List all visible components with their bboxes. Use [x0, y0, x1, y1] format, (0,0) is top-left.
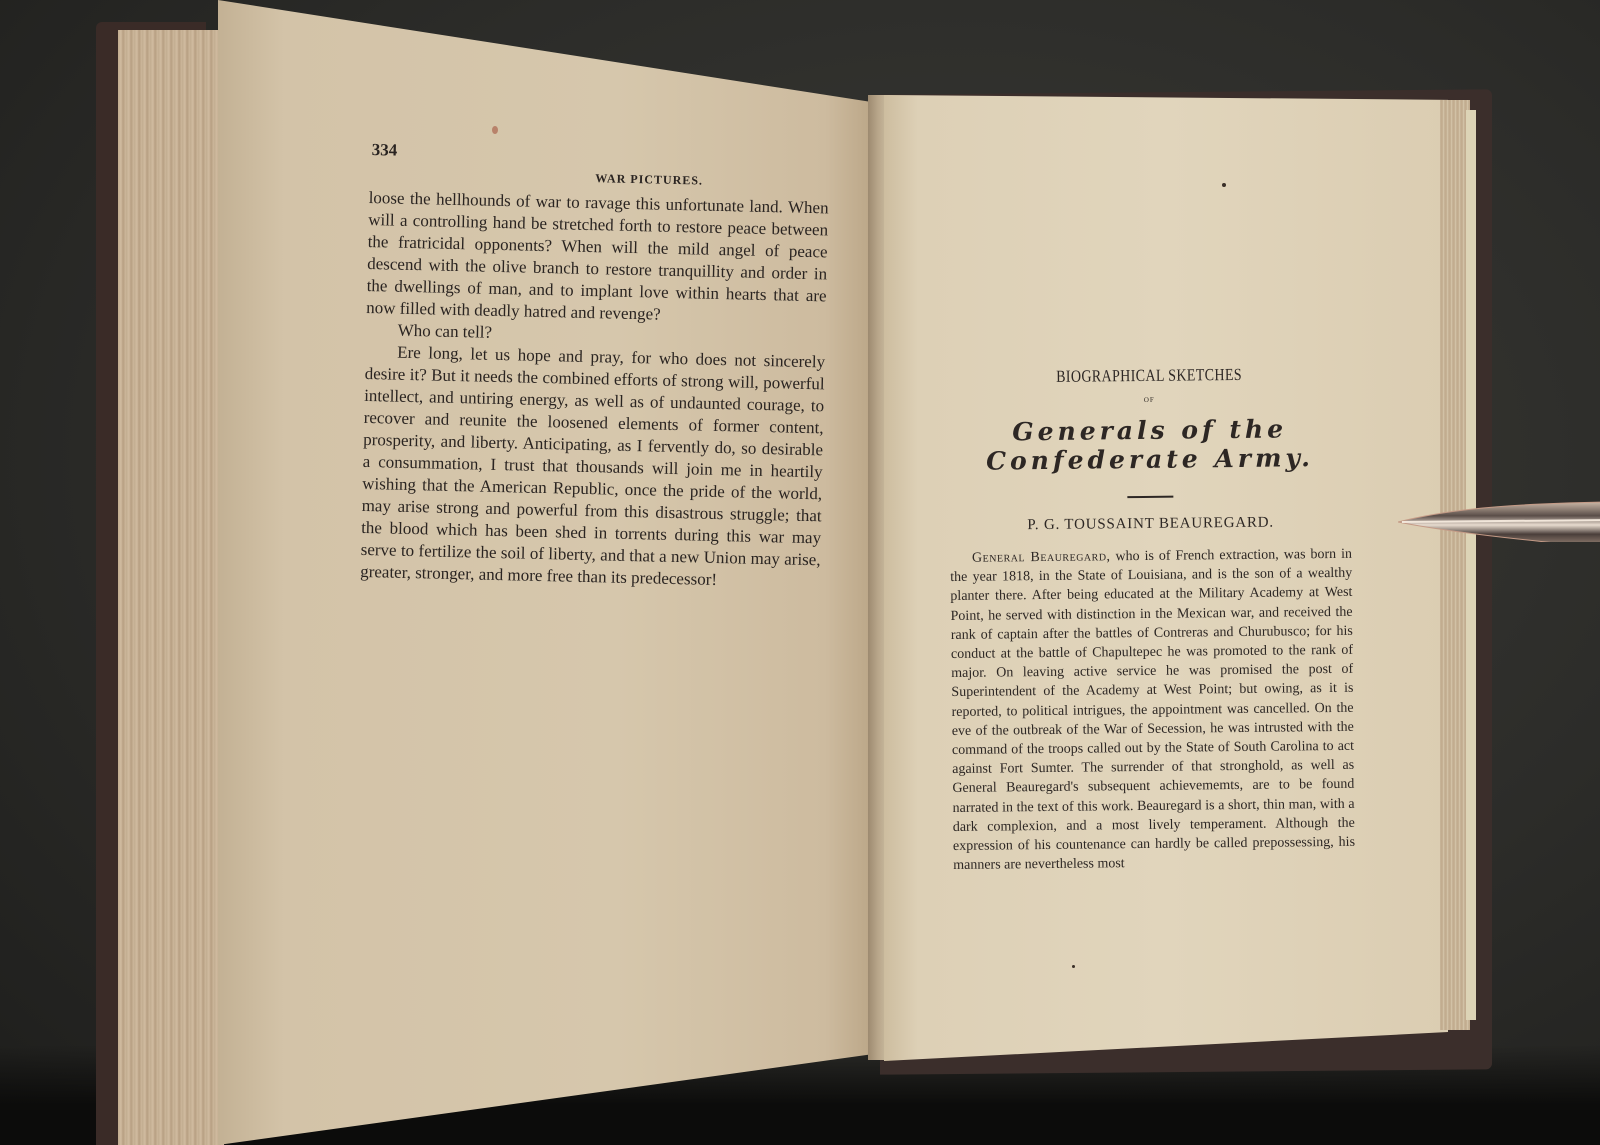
- running-head: WAR PICTURES.: [469, 168, 829, 191]
- biography-body: General Beauregard, who is of French ext…: [950, 545, 1355, 876]
- left-page-block-edges: [118, 30, 224, 1145]
- lead-name: General Beauregard,: [972, 549, 1111, 565]
- left-page-text: 334 WAR PICTURES. loose the hellhounds o…: [360, 140, 830, 593]
- knife-blade-icon: [1398, 498, 1600, 542]
- right-page-text: BIOGRAPHICAL SKETCHES OF Generals of the…: [948, 364, 1355, 876]
- paper-stain: [492, 126, 498, 134]
- right-page-block-edges: [1440, 100, 1470, 1030]
- paper-spot: [1222, 183, 1226, 187]
- divider-rule: [1127, 496, 1173, 498]
- body-text: who is of French extraction, was born in…: [950, 547, 1355, 873]
- paper-spot: [1072, 965, 1075, 968]
- paragraph: loose the hellhounds of war to ravage th…: [366, 187, 829, 329]
- paragraph: Ere long, let us hope and pray, for who …: [360, 341, 825, 593]
- biography-name: P. G. TOUSSAINT BEAUREGARD.: [950, 514, 1352, 535]
- blackletter-subtitle: Generals of the Confederate Army.: [949, 414, 1352, 476]
- of-label: OF: [948, 394, 1350, 406]
- section-title: BIOGRAPHICAL SKETCHES: [984, 364, 1314, 387]
